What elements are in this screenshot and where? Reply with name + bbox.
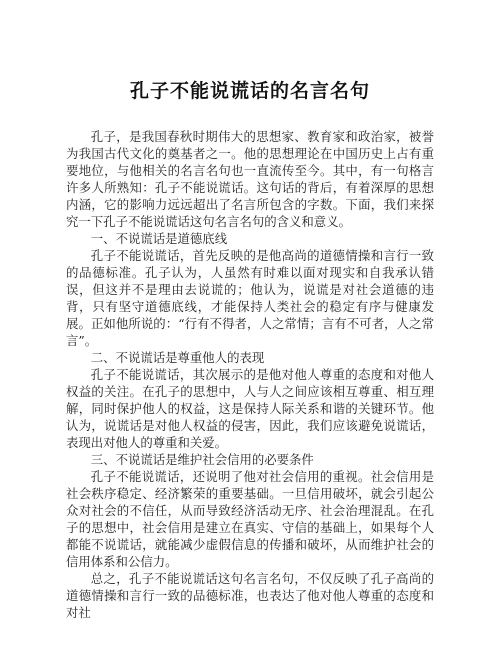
paragraph: 孔子不能说谎话，首先反映的是他高尚的道德情操和言行一致的品德标准。孔子认为，人虽…	[66, 247, 434, 349]
paragraph: 孔子，是我国春秋时期伟大的思想家、教育家和政治家，被誉为我国古代文化的奠基者之一…	[66, 128, 434, 230]
document-page: 孔子不能说谎话的名言名句 孔子，是我国春秋时期伟大的思想家、教育家和政治家，被誉…	[0, 0, 500, 647]
document-body: 孔子，是我国春秋时期伟大的思想家、教育家和政治家，被誉为我国古代文化的奠基者之一…	[66, 128, 434, 621]
document-title: 孔子不能说谎话的名言名句	[0, 0, 500, 103]
paragraph: 孔子不能说谎话，还说明了他对社会信用的重视。社会信用是社会秩序稳定、经济繁荣的重…	[66, 468, 434, 570]
paragraph: 总之，孔子不能说谎话这句名言名句，不仅反映了孔子高尚的道德情操和言行一致的品德标…	[66, 570, 434, 621]
section-heading: 一、不说谎话是道德底线	[66, 230, 434, 247]
paragraph: 孔子不能说谎话，其次展示的是他对他人尊重的态度和对他人权益的关注。在孔子的思想中…	[66, 366, 434, 451]
section-heading: 二、不说谎话是尊重他人的表现	[66, 349, 434, 366]
section-heading: 三、不说谎话是维护社会信用的必要条件	[66, 451, 434, 468]
